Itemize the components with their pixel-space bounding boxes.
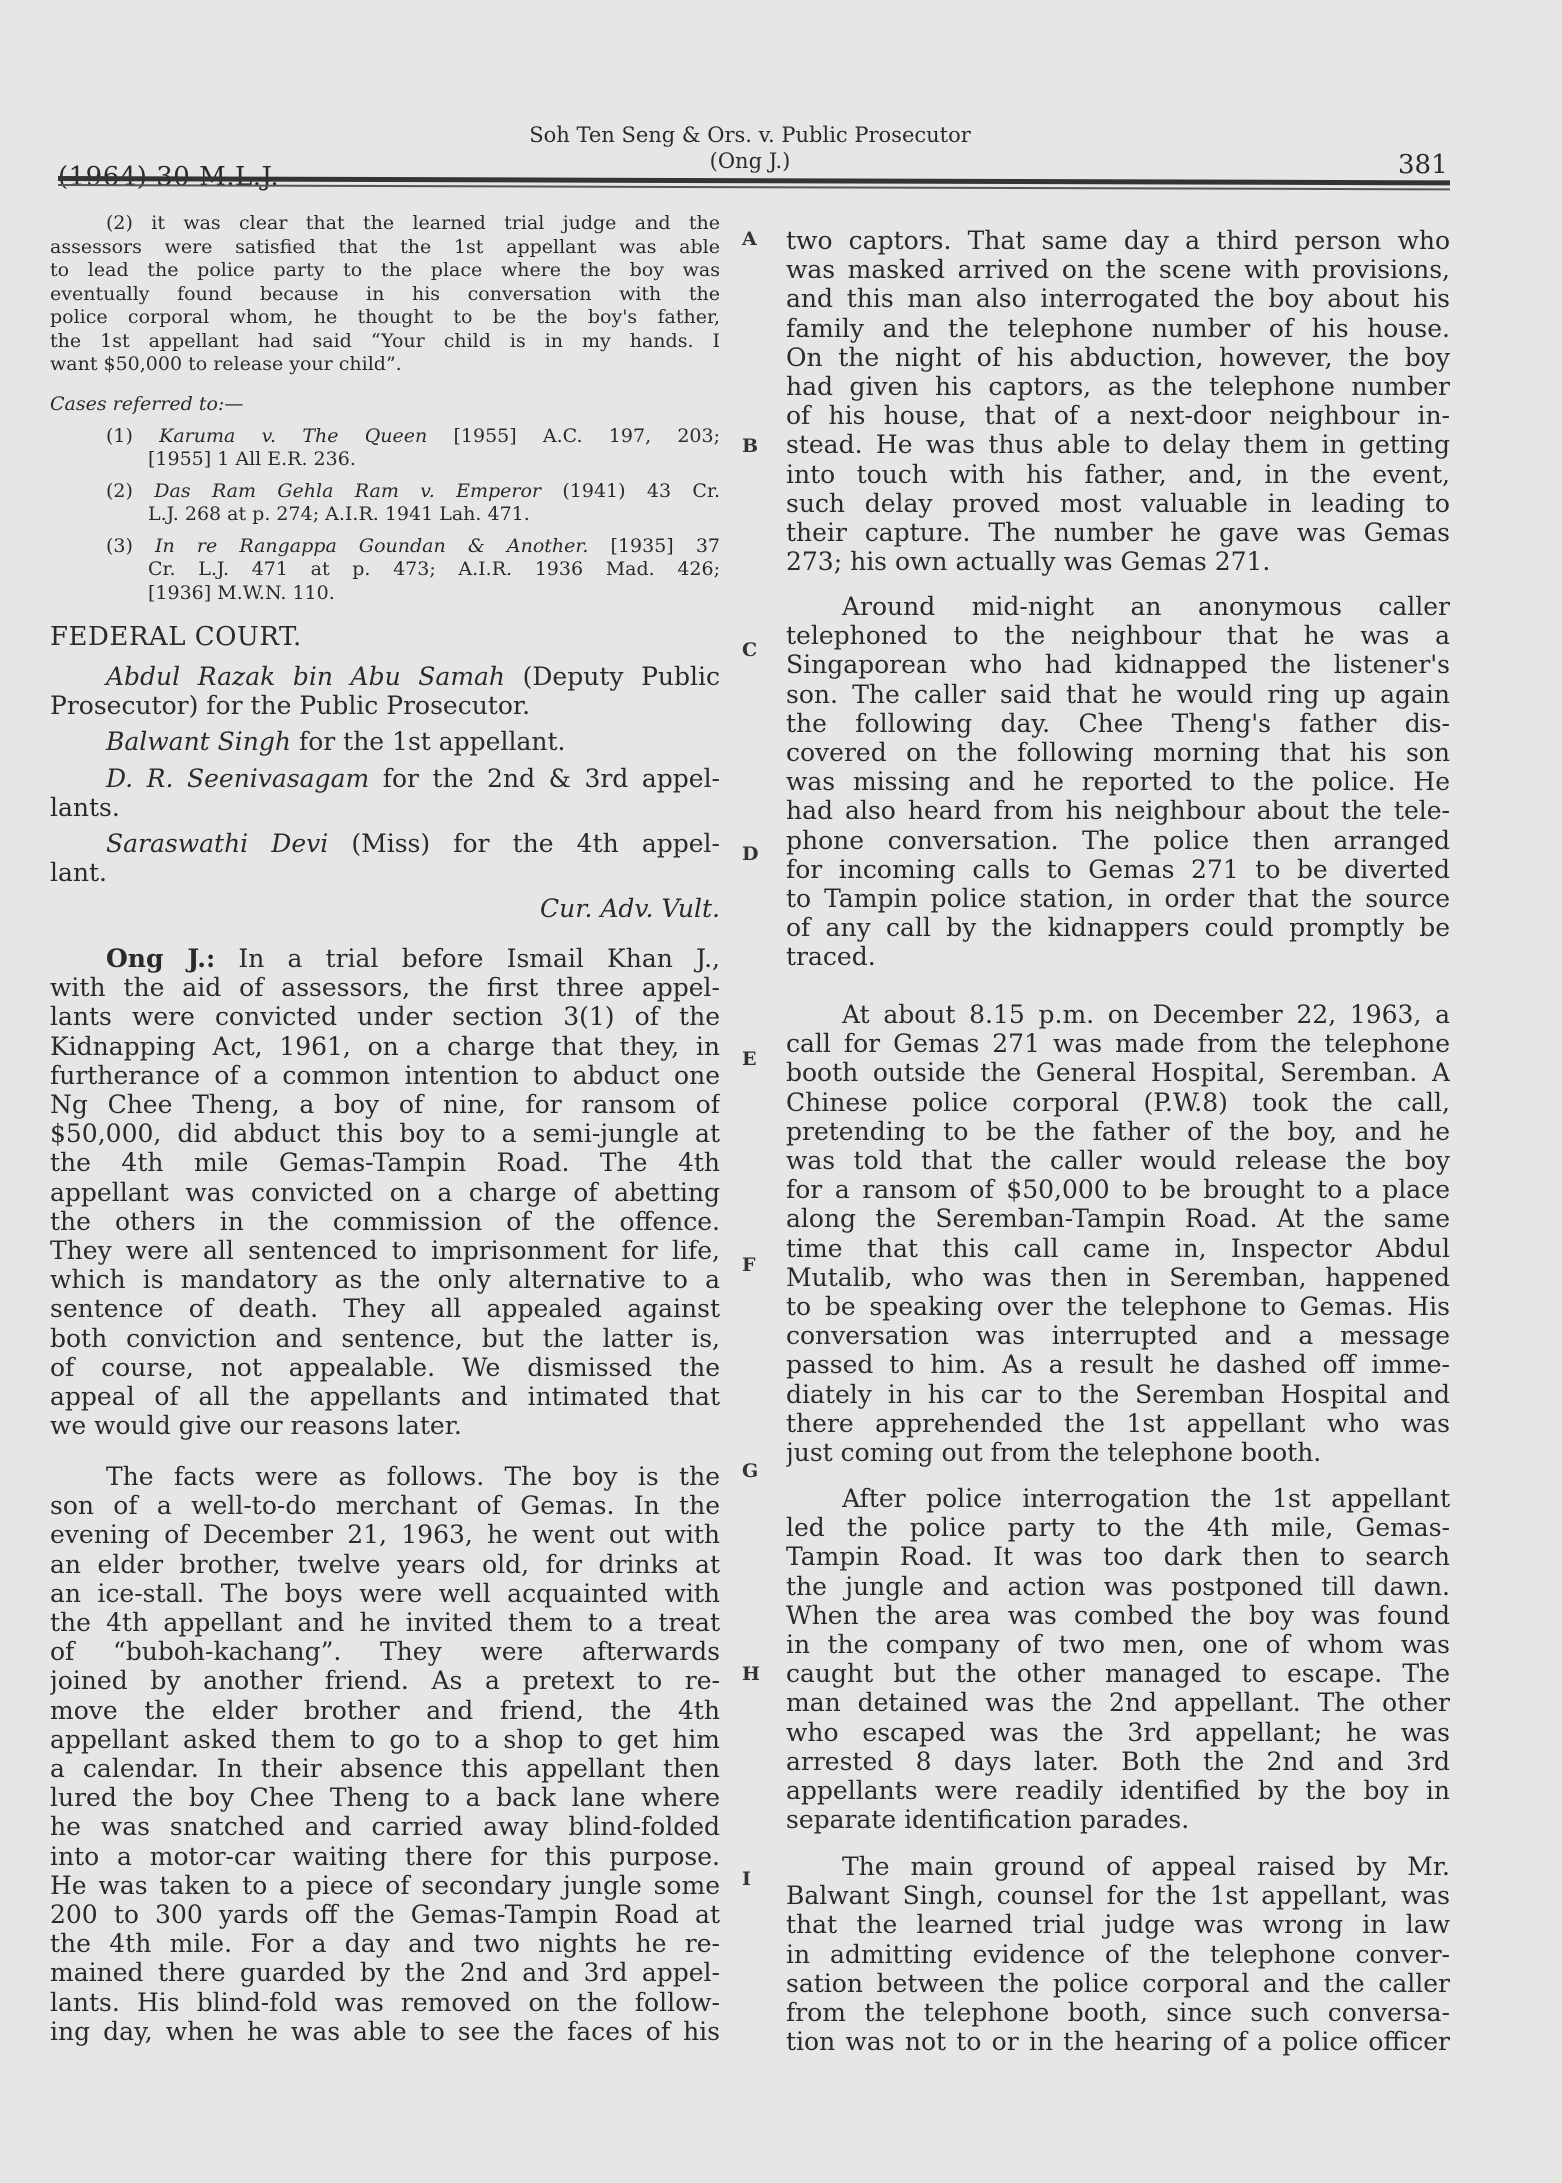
judgment-paragraph: Ong J.: In a trial before Ismail Khan J.…: [50, 944, 720, 1440]
margin-letter: E: [742, 1048, 756, 1070]
margin-letter: H: [742, 1663, 760, 1685]
judgment-paragraph: After police interrogation the 1st appel…: [786, 1484, 1450, 1834]
counsel-entry: D. R. Seenivasagam for the 2nd & 3rd app…: [50, 764, 720, 822]
text-line: want $50,000 to release your child”.: [50, 353, 720, 377]
text-line: to lead the police party to the place wh…: [50, 259, 720, 283]
margin-letter: I: [742, 1868, 751, 1890]
counsel-entry: Abdul Razak bin Abu Samah (Deputy Public…: [50, 662, 720, 720]
page-number: 381: [1398, 150, 1448, 180]
text-line: the 1st appellant had said “Your child i…: [50, 330, 720, 354]
counsel-name: Balwant Singh: [106, 727, 291, 756]
case-name: In re Rangappa Goundan & Another.: [155, 535, 588, 557]
margin-letter: D: [742, 843, 758, 865]
counsel-name: Saraswathi Devi: [106, 829, 328, 858]
margin-letter: F: [742, 1254, 756, 1276]
cases-referred: Cases referred to:— (1) Karuma v. The Qu…: [50, 393, 720, 605]
law-report-page: (1964) 30 M.L.J. Soh Ten Seng & Ors. v. …: [0, 0, 1562, 2183]
text-line: (2) it was clear that the learned trial …: [50, 212, 720, 236]
judge-name: (Ong J.): [500, 148, 1000, 174]
cases-referred-label: Cases referred to:—: [50, 393, 720, 417]
judgment-paragraph: Around mid-night an anonymous caller tel…: [786, 592, 1450, 972]
running-head: Soh Ten Seng & Ors. v. Public Prosecutor…: [500, 122, 1000, 174]
court-name: FEDERAL COURT.: [50, 622, 720, 652]
counsel-entry: Saraswathi Devi (Miss) for the 4th appel…: [50, 829, 720, 887]
counsel-entry: Balwant Singh for the 1st appellant.: [50, 727, 720, 756]
margin-letter: C: [742, 639, 757, 661]
judge-label: Ong J.:: [106, 944, 215, 973]
case-citation: (3) In re Rangappa Goundan & Another. [1…: [50, 535, 720, 606]
margin-letter: B: [742, 435, 758, 457]
case-title: Soh Ten Seng & Ors. v. Public Prosecutor: [500, 122, 1000, 148]
case-citation: (2) Das Ram Gehla Ram v. Emperor (1941) …: [50, 480, 720, 527]
counsel-name: Abdul Razak bin Abu Samah: [106, 662, 505, 691]
judgment-paragraph: At about 8.15 p.m. on December 22, 1963,…: [786, 1000, 1450, 1467]
case-name: Karuma v. The Queen: [159, 425, 427, 447]
text-line: eventually found because in his conversa…: [50, 283, 720, 307]
headnote-holding: (2) it was clear that the learned trial …: [50, 212, 720, 377]
judgment-paragraph: The facts were as follows. The boy is th…: [50, 1462, 720, 2046]
margin-letter: G: [742, 1460, 758, 1482]
counsel-name: D. R. Seenivasagam: [106, 764, 369, 793]
judgment-paragraph: The main ground of appeal raised by Mr. …: [786, 1852, 1450, 2056]
case-citation: (1) Karuma v. The Queen [1955] A.C. 197,…: [50, 425, 720, 472]
counsel-list: Abdul Razak bin Abu Samah (Deputy Public…: [50, 662, 720, 924]
text-line: police corporal whom, he thought to be t…: [50, 306, 720, 330]
margin-letter: A: [742, 228, 757, 250]
judgment-paragraph: two captors. That same day a third perso…: [786, 226, 1450, 576]
text-line: assessors were satisfied that the 1st ap…: [50, 236, 720, 260]
cur-adv-vult: Cur. Adv. Vult.: [50, 894, 720, 923]
case-name: Das Ram Gehla Ram v. Emperor: [154, 480, 541, 502]
